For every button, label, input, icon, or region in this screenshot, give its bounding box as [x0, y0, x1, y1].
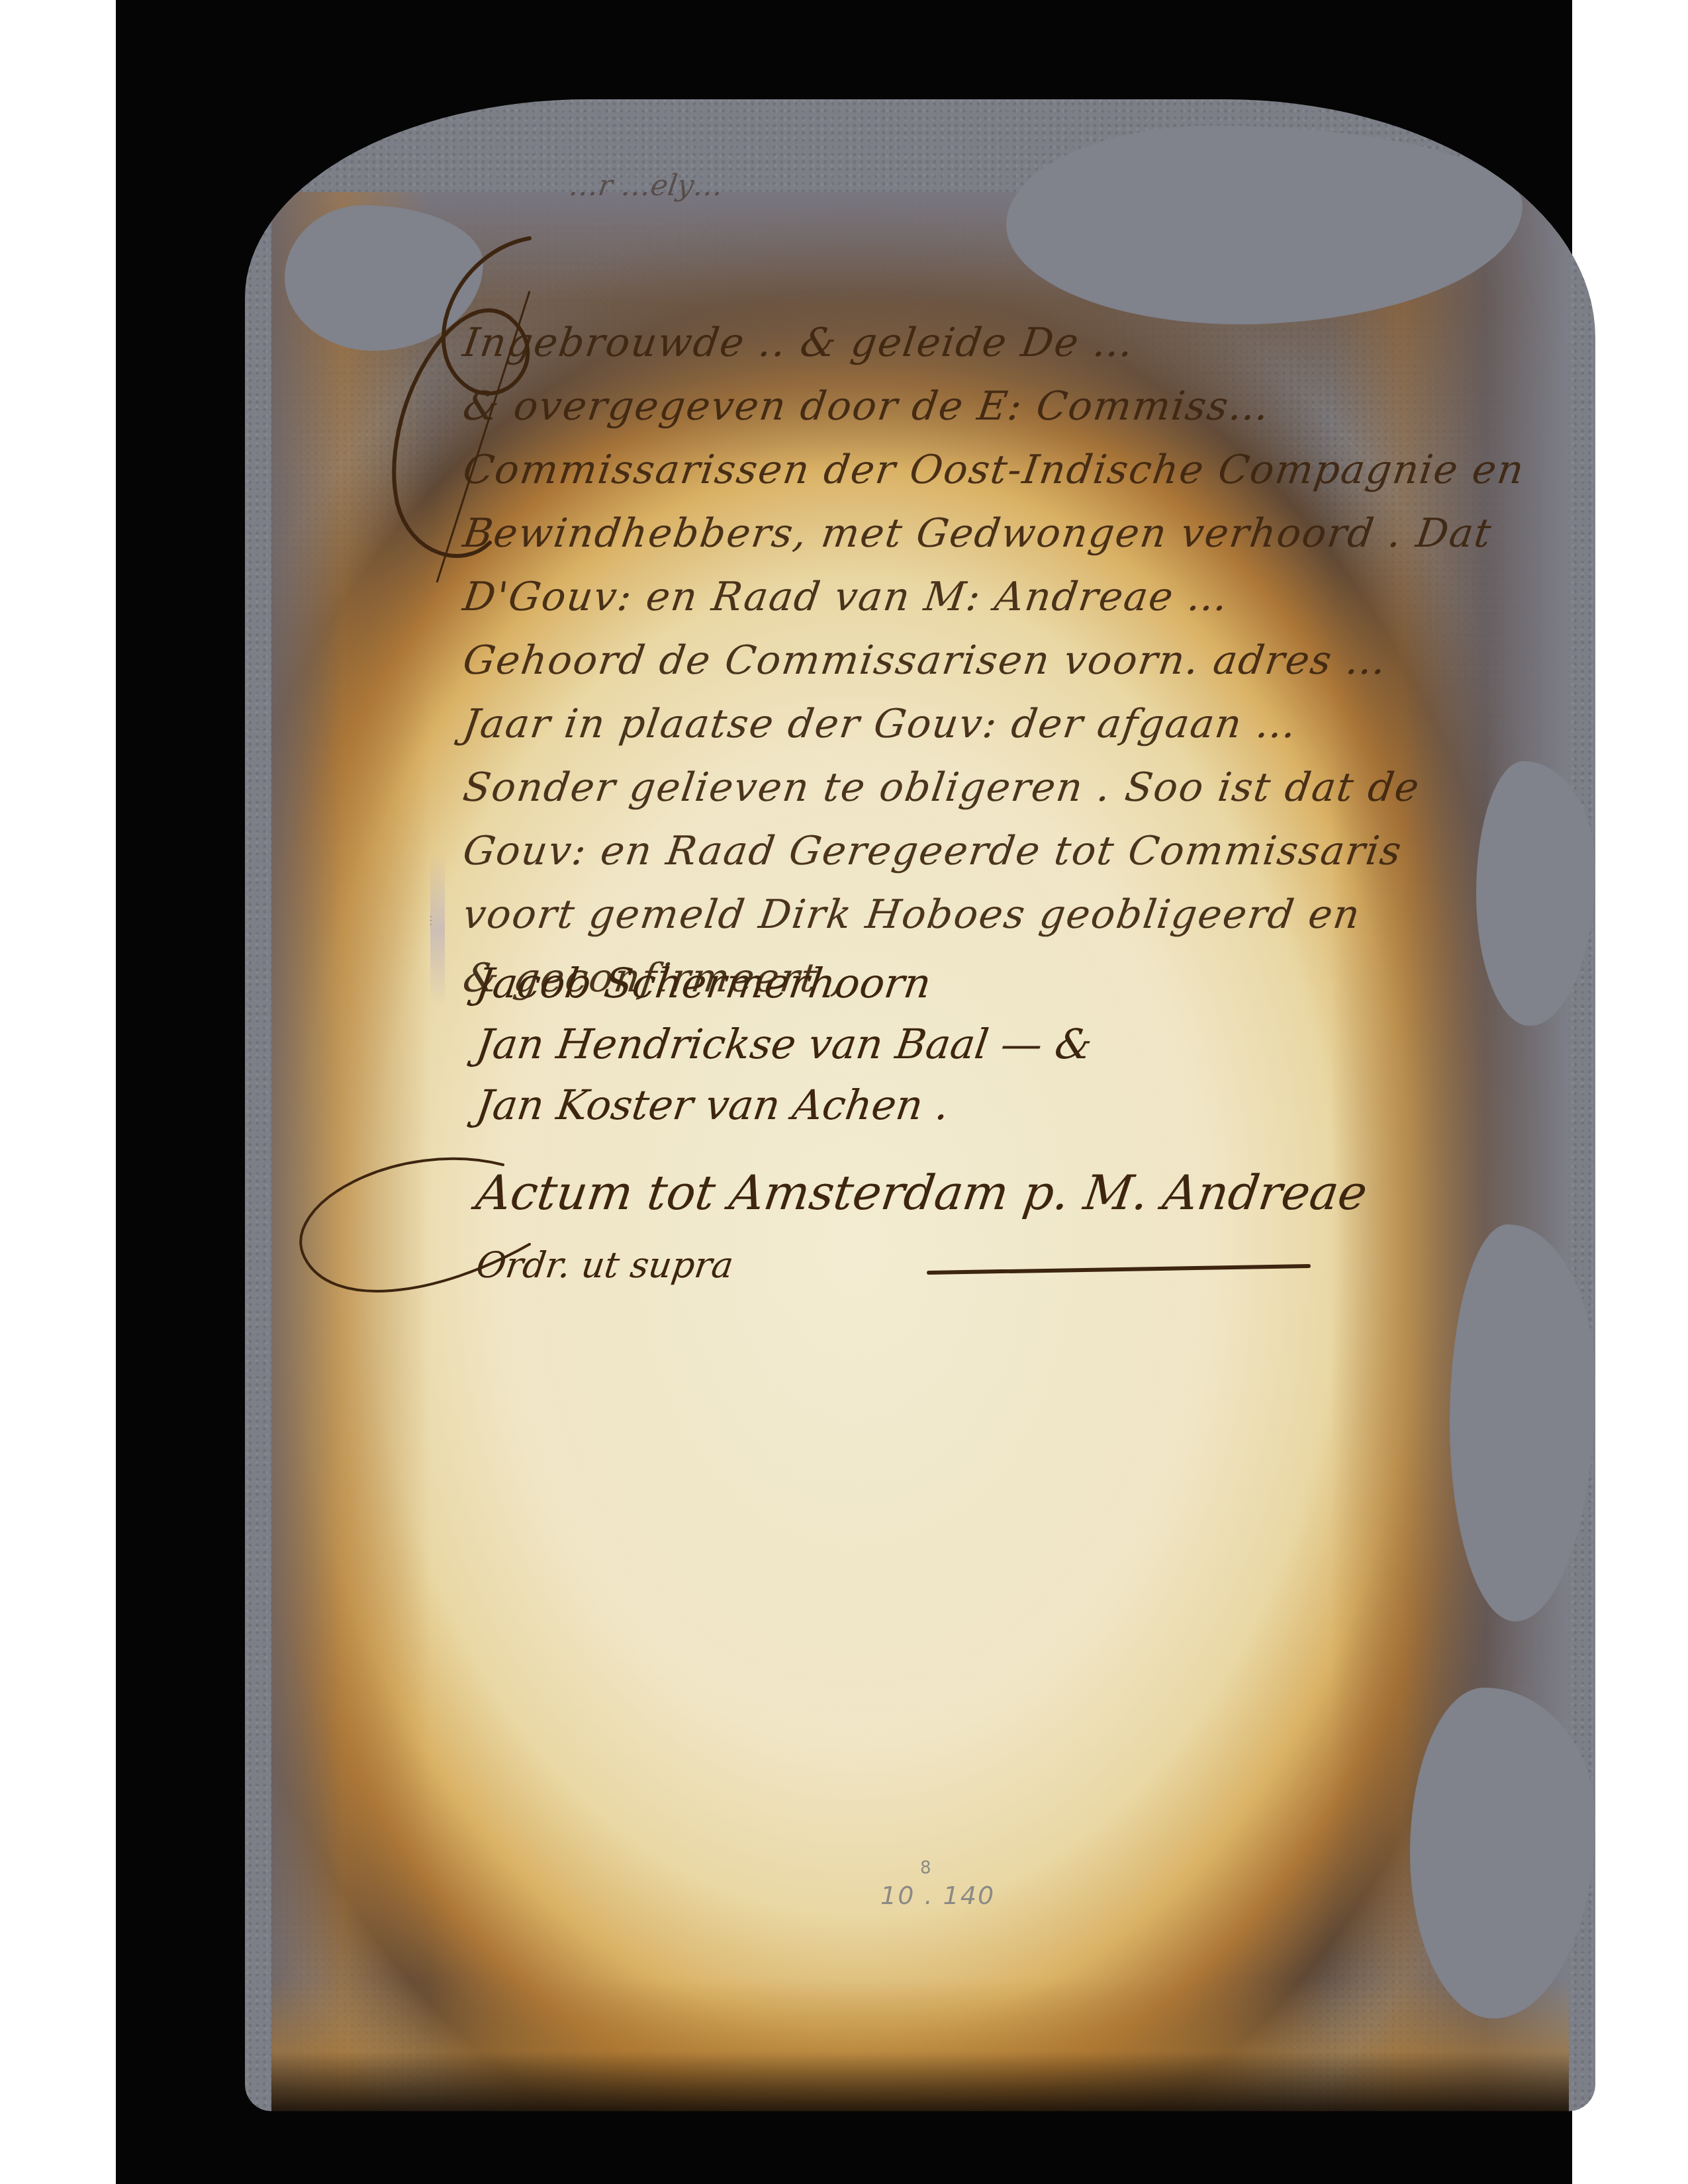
attestation-line: Actum tot Amsterdam p. M. Andreae [473, 1165, 1370, 1220]
manuscript-line: Gouv: en Raad Geregeerde tot Commissaris [459, 819, 1526, 883]
manuscript-line: Gehoord de Commissarisen voorn. adres … [459, 629, 1526, 692]
manuscript-line: Ingebrouwde .. & geleide De … [459, 311, 1526, 375]
manuscript-line: & overgegeven door de E: Commiss… [459, 375, 1526, 438]
manuscript-line: Jaar in plaatse der Gouv: der afgaan … [459, 692, 1526, 756]
signature: Jacob Schermerhoorn [473, 953, 1096, 1014]
attestation-sub: Ordr. ut supra [474, 1244, 736, 1286]
folio-superscript: 8 [920, 1858, 931, 1878]
signature-flourish-icon [265, 1125, 543, 1337]
burn-damage-bottom [271, 1979, 1569, 2111]
signatories: Jacob Schermerhoorn Jan Hendrickse van B… [477, 953, 1092, 1136]
manuscript-body: Ingebrouwde .. & geleide De … & overgege… [463, 311, 1523, 1010]
archive-stamp-text: … [421, 915, 435, 927]
signature: Jan Hendrickse van Baal — & [473, 1014, 1096, 1075]
archive-stamp [430, 854, 445, 1006]
manuscript-line: voort gemeld Dirk Hoboes geobligeerd en [459, 883, 1526, 946]
folio-number: 10 . 140 [880, 1881, 995, 1910]
faint-top-text: …r …ely… [567, 169, 725, 203]
signature: Jan Koster van Achen . [473, 1075, 1096, 1136]
manuscript-line: Sonder gelieven te obligeren . Soo ist d… [459, 756, 1526, 819]
manuscript-line: D'Gouv: en Raad van M: Andreae … [459, 565, 1526, 629]
manuscript-line: Bewindhebbers, met Gedwongen verhoord . … [459, 502, 1526, 565]
loss-patch [1450, 1224, 1595, 1621]
manuscript-line: Commissarissen der Oost-Indische Compagn… [459, 438, 1526, 502]
